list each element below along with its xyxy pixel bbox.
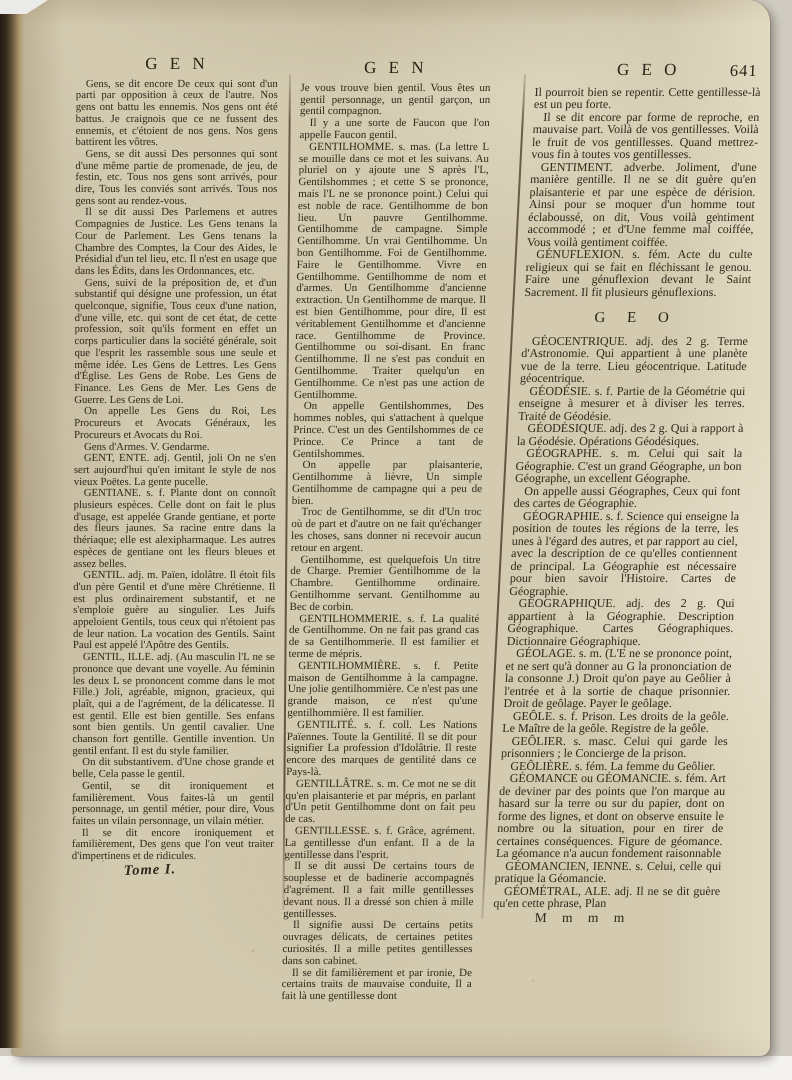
paragraph: GENTILHOMMERIE. s. f. La qualité de Gent… [288,614,479,661]
paragraph: Il se dit familièrement et par ironie, D… [281,968,472,1003]
paragraph: GÉODÉSIQUE. adj. des 2 g. Qui a rapport … [517,422,744,447]
running-head-right-row: G E O 641 [535,64,762,77]
paragraph: GÉOCENTRIQUE. adj. des 2 g. Terme d'Astr… [520,335,749,385]
paragraph: GENTIL, ILLE. adj. (Au masculin l'L ne s… [72,652,275,757]
column-middle-text: Je vous trouve bien gentil. Vous êtes un… [281,83,490,1003]
paragraph: GENTILLESSE. s. f. Grâce, agrément. La g… [284,826,475,861]
paragraph: GEÔLIER. s. masc. Celui qui garde les pr… [501,735,728,760]
running-head-middle: G E N [301,62,491,74]
paragraph: Il signifie aussi De certains petits ouv… [282,920,473,967]
paragraph: M m m m [534,912,719,925]
paragraph: Tome I. [124,861,274,878]
paragraph: GENTIMENT. adverbe. Joliment, d'une mani… [527,161,757,249]
paragraph: GÉOMANCIEN, IENNE. s. Celui, celle qui p… [494,860,721,885]
paragraph: GENTILLÂTRE. s. m. Ce mot ne se dit qu'e… [285,779,476,826]
paragraph: GEÔLE. s. f. Prison. Les droits de la ge… [502,710,729,735]
paragraph: On appelle Les Gens du Roi, Les Procureu… [74,406,276,441]
paragraph: Il se dit aussi Des Parlemens et autres … [75,207,277,277]
paragraph: Il se dit encore ironiquement et familiè… [72,828,274,863]
paragraph: Gens, se dit encore De ceux qui sont d'u… [76,79,278,149]
paragraph: Gens, suivi de la préposition de, et d'u… [74,278,277,407]
column-right: G E O 641 Il pourroit bien se repentir. … [492,64,762,924]
paragraph: GÉNUFLEXION. s. fém. Acte du culte relig… [524,248,753,298]
running-head-left: G E N [76,58,278,70]
paragraph: GÉOMÉTRAL, ALE. adj. Il ne se dit guère … [493,885,720,910]
paragraph: On appelle par plaisanterie, Gentilhomme… [292,460,483,507]
column-left: G E N Gens, se dit encore De ceux qui so… [72,58,278,878]
paragraph: GENTILHOMMIÈRE. s. f. Petite maison de G… [287,661,478,720]
paragraph: GÉOGRAPHIE. s. f. Science qui enseigne l… [509,510,739,598]
paragraph: Gentilhomme, est quelquefois Un titre de… [289,555,480,614]
paragraph: GÉOLAGE. s. m. (L'E ne se prononce point… [503,647,732,710]
book-binding-edge [0,0,24,1048]
column-right-text: Il pourroit bien se repentir. Cette gent… [492,86,760,925]
paragraph: On appelle aussi Géographes, Ceux qui fo… [513,485,740,510]
paragraph: Gens, se dit aussi Des personnes qui son… [75,149,277,208]
book-page: G E N Gens, se dit encore De ceux qui so… [12,0,770,1056]
paragraph: Troc de Gentilhomme, se dit d'Un troc où… [291,507,482,554]
paragraph: GÉOGRAPHIQUE. adj. des 2 g. Qui appartie… [506,597,735,647]
column-left-text: Gens, se dit encore De ceux qui sont d'u… [72,79,278,878]
paragraph: GÉOGRAPHE. s. m. Celui qui sait la Géogr… [515,447,743,485]
scanned-dictionary-page: G E N Gens, se dit encore De ceux qui so… [0,0,792,1080]
paragraph: Il se dit encore par forme de reproche, … [531,111,760,161]
paragraph: Il pourroit bien se repentir. Cette gent… [534,86,761,111]
paragraph: On dit substantivem. d'Une chose grande … [72,757,274,780]
paragraph: On appelle Gentilshommes, Des hommes nob… [293,401,484,460]
paragraph: G E O [523,312,750,325]
running-head-right: G E O [535,64,762,77]
paragraph: GENT, ENTE. adj. Gentil, joli On ne s'en… [74,453,276,488]
paragraph: GÉOMANCE ou GÉOMANCIE. s. fém. Art de de… [496,772,726,860]
paragraph: GENTIANE. s. f. Plante dont on connoît p… [73,488,275,570]
column-middle: G E N Je vous trouve bien gentil. Vous ê… [281,62,491,1003]
paragraph: GÉODÉSIE. s. f. Partie de la Géométrie q… [518,385,746,423]
paragraph: Je vous trouve bien gentil. Vous êtes un… [300,83,491,118]
paragraph: GENTILITÉ. s. f. coll. Les Nations Païen… [286,720,477,779]
paragraph: Il y a une sorte de Faucon que l'on appe… [299,118,489,142]
paragraph: GENTILHOMME. s. mas. (La lettre L se mou… [294,142,489,402]
paragraph: GENTIL. adj. m. Païen, idolâtre. Il étoi… [73,570,275,652]
paragraph: Gentil, se dit ironiquement et familière… [72,781,274,828]
paragraph: Il se dit aussi De certains tours de sou… [283,861,474,920]
scanner-background [0,1056,792,1080]
page-number: 641 [730,65,758,78]
